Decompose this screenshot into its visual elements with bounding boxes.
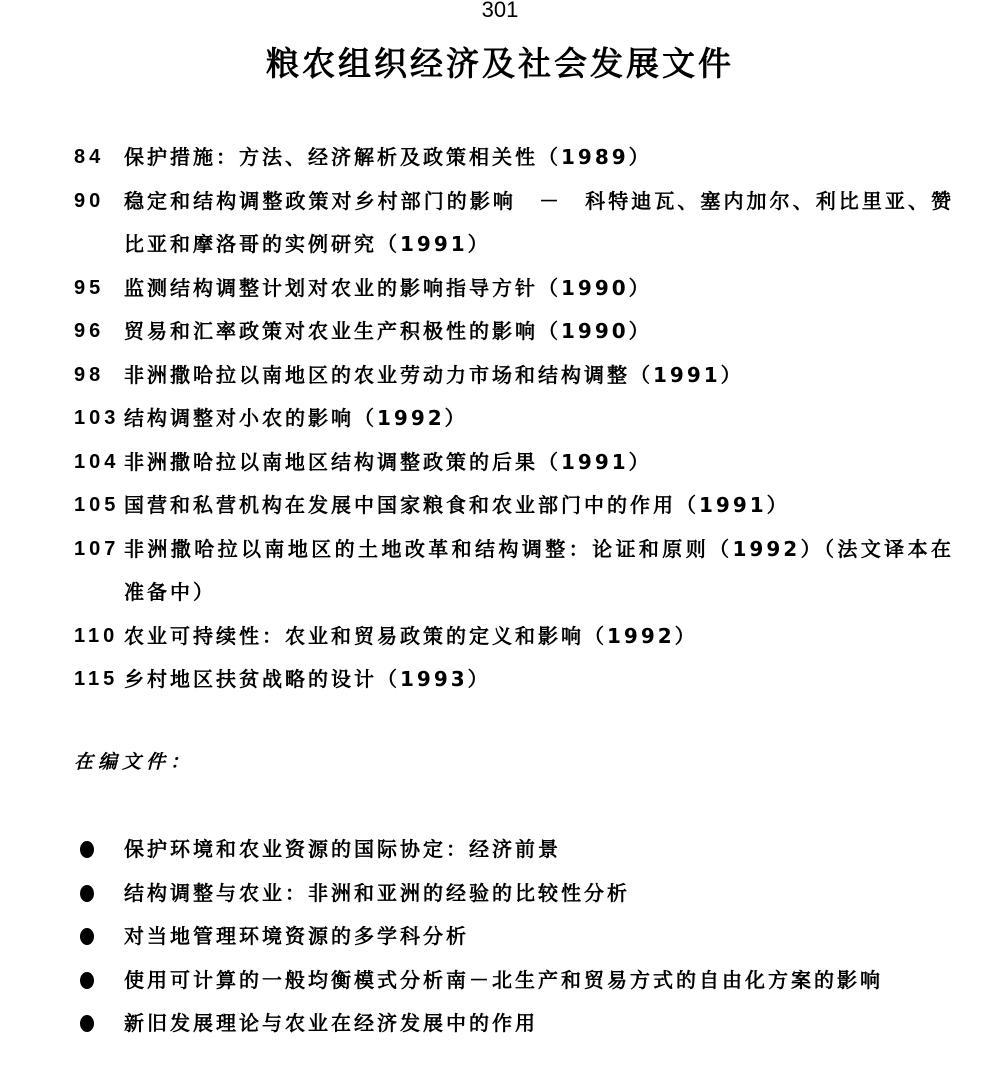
page-title: 粮农组织经济及社会发展文件 bbox=[0, 42, 1000, 86]
document-title: 乡村地区扶贫战略的设计（1993） bbox=[124, 658, 954, 702]
document-list: 84 保护措施：方法、经济解析及政策相关性（1989） 90 稳定和结构调整政策… bbox=[74, 136, 954, 702]
pending-item: 使用可计算的一般均衡模式分析南－北生产和贸易方式的自由化方案的影响 bbox=[74, 959, 954, 1003]
document-number: 104 bbox=[74, 441, 124, 485]
document-number: 103 bbox=[74, 397, 124, 441]
document-number: 110 bbox=[74, 615, 124, 659]
pending-item: 结构调整与农业：非洲和亚洲的经验的比较性分析 bbox=[74, 872, 954, 916]
document-number: 115 bbox=[74, 658, 124, 702]
document-item: 84 保护措施：方法、经济解析及政策相关性（1989） bbox=[74, 136, 954, 180]
document-title: 结构调整对小农的影响（1992） bbox=[124, 397, 954, 441]
document-item: 96 贸易和汇率政策对农业生产积极性的影响（1990） bbox=[74, 310, 954, 354]
pending-document-list: 保护环境和农业资源的国际协定：经济前景 结构调整与农业：非洲和亚洲的经验的比较性… bbox=[74, 828, 954, 1046]
pending-title: 使用可计算的一般均衡模式分析南－北生产和贸易方式的自由化方案的影响 bbox=[124, 959, 954, 1003]
document-title: 国营和私营机构在发展中国家粮食和农业部门中的作用（1991） bbox=[124, 484, 954, 528]
document-number: 95 bbox=[74, 267, 124, 311]
bullet-icon bbox=[74, 959, 124, 1003]
bullet-icon bbox=[74, 872, 124, 916]
document-number: 107 bbox=[74, 528, 124, 615]
document-number: 98 bbox=[74, 354, 124, 398]
document-item: 103 结构调整对小农的影响（1992） bbox=[74, 397, 954, 441]
page-number: 301 bbox=[0, 0, 1000, 24]
document-title: 稳定和结构调整政策对乡村部门的影响 － 科特迪瓦、塞内加尔、利比里亚、赞比亚和摩… bbox=[124, 180, 954, 267]
document-item: 90 稳定和结构调整政策对乡村部门的影响 － 科特迪瓦、塞内加尔、利比里亚、赞比… bbox=[74, 180, 954, 267]
document-title: 非洲撒哈拉以南地区的农业劳动力市场和结构调整（1991） bbox=[124, 354, 954, 398]
document-item: 107 非洲撒哈拉以南地区的土地改革和结构调整：论证和原则（1992）（法文译本… bbox=[74, 528, 954, 615]
pending-title: 结构调整与农业：非洲和亚洲的经验的比较性分析 bbox=[124, 872, 954, 916]
pending-item: 新旧发展理论与农业在经济发展中的作用 bbox=[74, 1002, 954, 1046]
document-number: 105 bbox=[74, 484, 124, 528]
document-title: 非洲撒哈拉以南地区结构调整政策的后果（1991） bbox=[124, 441, 954, 485]
pending-title: 保护环境和农业资源的国际协定：经济前景 bbox=[124, 828, 954, 872]
document-item: 104 非洲撒哈拉以南地区结构调整政策的后果（1991） bbox=[74, 441, 954, 485]
pending-section-label: 在编文件： bbox=[74, 744, 194, 780]
document-number: 84 bbox=[74, 136, 124, 180]
document-item: 105 国营和私营机构在发展中国家粮食和农业部门中的作用（1991） bbox=[74, 484, 954, 528]
document-item: 115 乡村地区扶贫战略的设计（1993） bbox=[74, 658, 954, 702]
document-title: 农业可持续性：农业和贸易政策的定义和影响（1992） bbox=[124, 615, 954, 659]
bullet-icon bbox=[74, 915, 124, 959]
document-title: 保护措施：方法、经济解析及政策相关性（1989） bbox=[124, 136, 954, 180]
document-title: 监测结构调整计划对农业的影响指导方针（1990） bbox=[124, 267, 954, 311]
document-title: 非洲撒哈拉以南地区的土地改革和结构调整：论证和原则（1992）（法文译本在准备中… bbox=[124, 528, 954, 615]
pending-item: 对当地管理环境资源的多学科分析 bbox=[74, 915, 954, 959]
pending-title: 新旧发展理论与农业在经济发展中的作用 bbox=[124, 1002, 954, 1046]
document-item: 110 农业可持续性：农业和贸易政策的定义和影响（1992） bbox=[74, 615, 954, 659]
document-title: 贸易和汇率政策对农业生产积极性的影响（1990） bbox=[124, 310, 954, 354]
document-number: 96 bbox=[74, 310, 124, 354]
bullet-icon bbox=[74, 828, 124, 872]
document-number: 90 bbox=[74, 180, 124, 267]
document-item: 98 非洲撒哈拉以南地区的农业劳动力市场和结构调整（1991） bbox=[74, 354, 954, 398]
pending-title: 对当地管理环境资源的多学科分析 bbox=[124, 915, 954, 959]
pending-item: 保护环境和农业资源的国际协定：经济前景 bbox=[74, 828, 954, 872]
bullet-icon bbox=[74, 1002, 124, 1046]
document-item: 95 监测结构调整计划对农业的影响指导方针（1990） bbox=[74, 267, 954, 311]
